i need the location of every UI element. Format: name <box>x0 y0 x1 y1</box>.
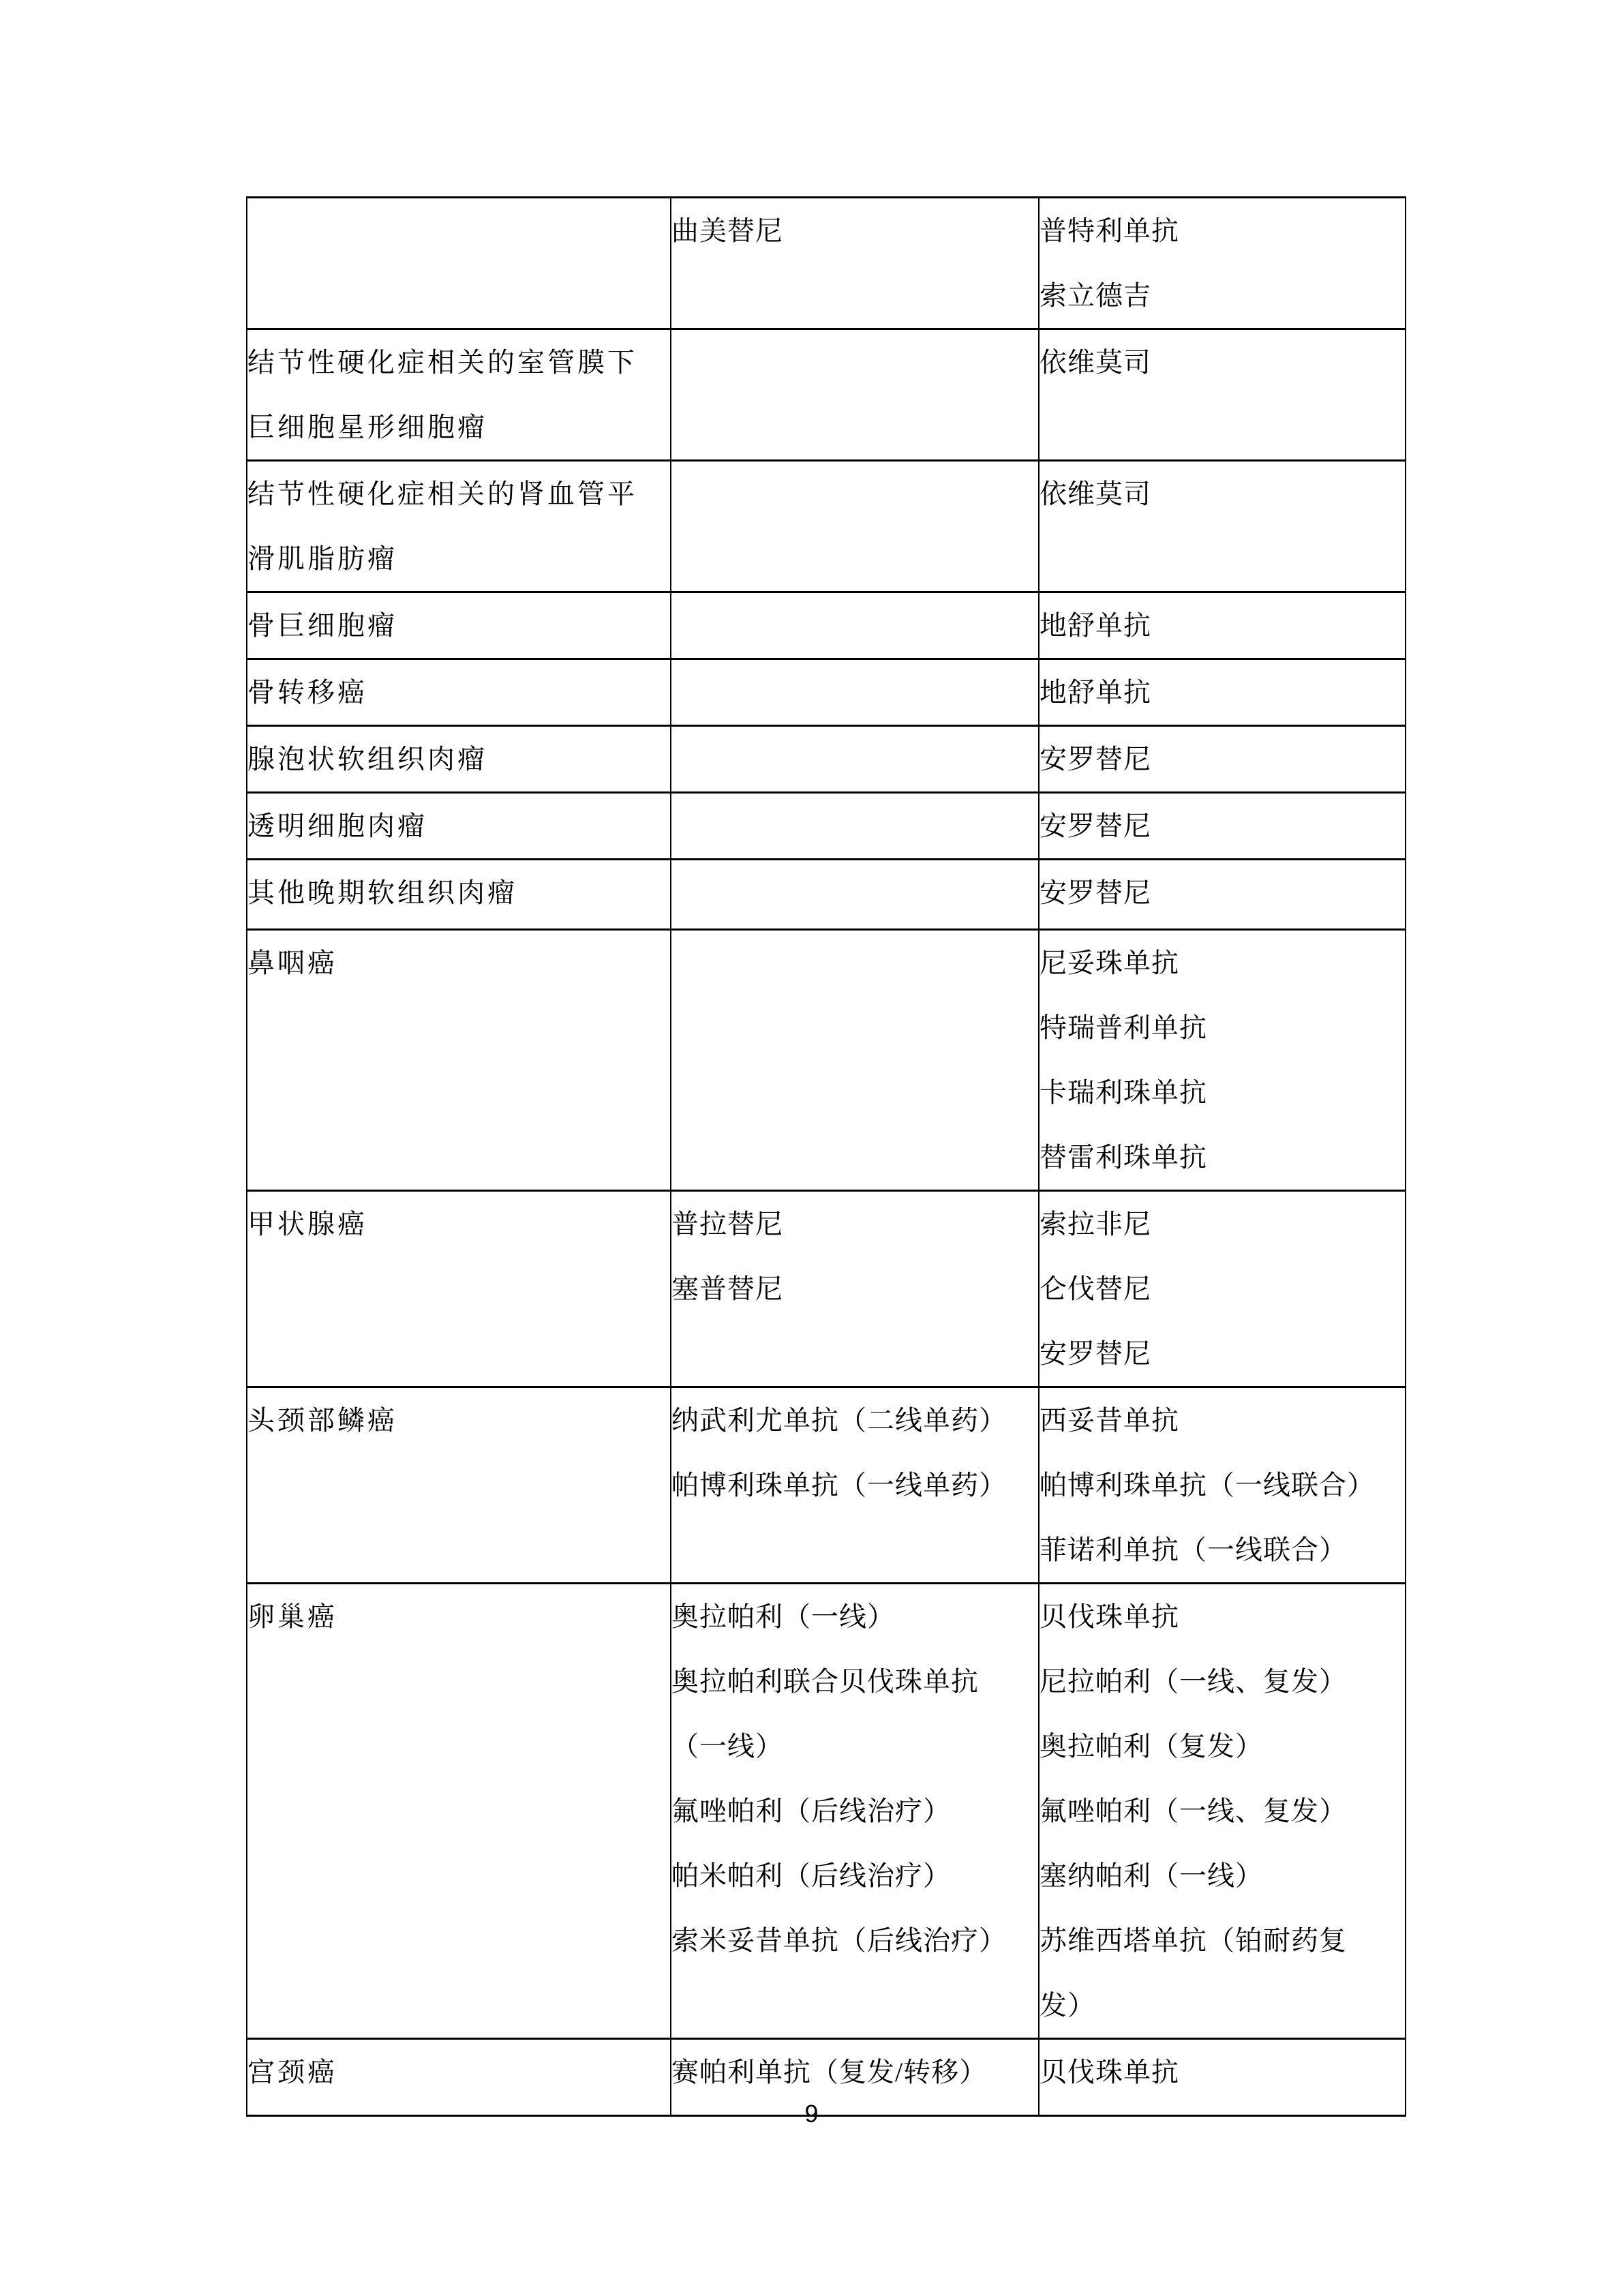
page-number: 9 <box>0 2100 1623 2128</box>
cell-text-line: 帕博利珠单抗（一线联合） <box>1040 1453 1405 1517</box>
drug-column-a-cell: 普拉替尼塞普替尼 <box>671 1191 1039 1387</box>
drug-column-b-cell: 依维莫司 <box>1039 461 1406 592</box>
table-row: 结节性硬化症相关的室管膜下巨细胞星形细胞瘤依维莫司 <box>247 329 1406 461</box>
table-row: 甲状腺癌普拉替尼塞普替尼索拉非尼仑伐替尼安罗替尼 <box>247 1191 1406 1387</box>
drug-column-b-cell: 安罗替尼 <box>1039 726 1406 793</box>
cell-text-line: 苏维西塔单抗（铂耐药复 <box>1040 1908 1405 1973</box>
cancer-type-cell: 结节性硬化症相关的肾血管平滑肌脂肪瘤 <box>247 461 671 592</box>
cell-text-line: 奥拉帕利（复发） <box>1040 1714 1405 1779</box>
drug-column-a-cell <box>671 659 1039 726</box>
cell-text-line: 依维莫司 <box>1040 462 1405 526</box>
document-page: 曲美替尼普特利单抗索立德吉结节性硬化症相关的室管膜下巨细胞星形细胞瘤依维莫司结节… <box>0 0 1623 2296</box>
drug-column-b-cell: 贝伐珠单抗尼拉帕利（一线、复发）奥拉帕利（复发）氟唑帕利（一线、复发）塞纳帕利（… <box>1039 1584 1406 2039</box>
cell-text-line: 安罗替尼 <box>1040 860 1405 925</box>
drug-column-b-cell: 西妥昔单抗帕博利珠单抗（一线联合）菲诺利单抗（一线联合） <box>1039 1387 1406 1584</box>
cancer-type-cell: 鼻咽癌 <box>247 930 671 1191</box>
table-row: 骨转移癌地舒单抗 <box>247 659 1406 726</box>
cancer-type-cell: 头颈部鳞癌 <box>247 1387 671 1584</box>
drug-column-a-cell: 奥拉帕利（一线）奥拉帕利联合贝伐珠单抗（一线）氟唑帕利（后线治疗）帕米帕利（后线… <box>671 1584 1039 2039</box>
drug-column-a-cell <box>671 329 1039 461</box>
table-row: 骨巨细胞瘤地舒单抗 <box>247 592 1406 659</box>
cell-text-line: 地舒单抗 <box>1040 660 1405 725</box>
drug-column-a-cell <box>671 793 1039 860</box>
cell-text-line: 结节性硬化症相关的室管膜下 <box>247 330 670 395</box>
cell-text-line: 安罗替尼 <box>1040 727 1405 791</box>
cell-text-line: 索米妥昔单抗（后线治疗） <box>671 1908 1038 1973</box>
cell-text-line: 发） <box>1040 1973 1405 2038</box>
cell-text-line: 地舒单抗 <box>1040 593 1405 658</box>
table-row: 曲美替尼普特利单抗索立德吉 <box>247 198 1406 329</box>
drug-column-b-cell: 地舒单抗 <box>1039 592 1406 659</box>
cell-text-line: 菲诺利单抗（一线联合） <box>1040 1517 1405 1582</box>
cell-text-line: 贝伐珠单抗 <box>1040 1584 1405 1649</box>
cell-text-line: 特瑞普利单抗 <box>1040 995 1405 1060</box>
drug-column-a-cell: 曲美替尼 <box>671 198 1039 329</box>
cell-text-line: 透明细胞肉瘤 <box>247 794 670 858</box>
table-row: 结节性硬化症相关的肾血管平滑肌脂肪瘤依维莫司 <box>247 461 1406 592</box>
cancer-type-cell <box>247 198 671 329</box>
drug-column-b-cell: 普特利单抗索立德吉 <box>1039 198 1406 329</box>
cell-text-line: 骨转移癌 <box>247 660 670 725</box>
cell-text-line: 甲状腺癌 <box>247 1192 670 1256</box>
drug-column-b-cell: 地舒单抗 <box>1039 659 1406 726</box>
drug-column-b-cell: 安罗替尼 <box>1039 860 1406 930</box>
cell-text-line: 氟唑帕利（一线、复发） <box>1040 1779 1405 1843</box>
table-row: 鼻咽癌尼妥珠单抗特瑞普利单抗卡瑞利珠单抗替雷利珠单抗 <box>247 930 1406 1191</box>
cell-text-line: 安罗替尼 <box>1040 794 1405 858</box>
drug-column-a-cell <box>671 930 1039 1191</box>
cell-text-line: 其他晚期软组织肉瘤 <box>247 860 670 925</box>
drug-column-a-cell <box>671 592 1039 659</box>
drug-column-a-cell <box>671 860 1039 930</box>
cell-text-line: 卵巢癌 <box>247 1584 670 1649</box>
cell-text-line: 骨巨细胞瘤 <box>247 593 670 658</box>
cancer-type-cell: 结节性硬化症相关的室管膜下巨细胞星形细胞瘤 <box>247 329 671 461</box>
cell-text-line: 赛帕利单抗（复发/转移） <box>671 2040 1038 2104</box>
cell-text-line: 普拉替尼 <box>671 1192 1038 1256</box>
cell-text-line: 奥拉帕利联合贝伐珠单抗 <box>671 1649 1038 1714</box>
cell-text-line: 替雷利珠单抗 <box>1040 1125 1405 1190</box>
cell-text-line: 普特利单抗 <box>1040 198 1405 263</box>
cancer-type-cell: 卵巢癌 <box>247 1584 671 2039</box>
cancer-drug-table: 曲美替尼普特利单抗索立德吉结节性硬化症相关的室管膜下巨细胞星形细胞瘤依维莫司结节… <box>246 196 1406 2117</box>
cell-text-line: 仑伐替尼 <box>1040 1256 1405 1321</box>
drug-column-a-cell <box>671 461 1039 592</box>
cell-text-line: 塞普替尼 <box>671 1256 1038 1321</box>
cell-text-line: 尼拉帕利（一线、复发） <box>1040 1649 1405 1714</box>
cell-text-line: 纳武利尤单抗（二线单药） <box>671 1388 1038 1453</box>
cell-text-line: 巨细胞星形细胞瘤 <box>247 395 670 459</box>
cell-text-line: 奥拉帕利（一线） <box>671 1584 1038 1649</box>
cell-text-line: 索拉非尼 <box>1040 1192 1405 1256</box>
cancer-type-cell: 骨转移癌 <box>247 659 671 726</box>
cell-text-line: 卡瑞利珠单抗 <box>1040 1060 1405 1125</box>
drug-column-b-cell: 依维莫司 <box>1039 329 1406 461</box>
cell-text-line: 塞纳帕利（一线） <box>1040 1843 1405 1908</box>
cell-text-line: 头颈部鳞癌 <box>247 1388 670 1453</box>
cell-text-line: 索立德吉 <box>1040 263 1405 328</box>
table-row: 卵巢癌奥拉帕利（一线）奥拉帕利联合贝伐珠单抗（一线）氟唑帕利（后线治疗）帕米帕利… <box>247 1584 1406 2039</box>
cancer-drug-table-body: 曲美替尼普特利单抗索立德吉结节性硬化症相关的室管膜下巨细胞星形细胞瘤依维莫司结节… <box>247 198 1406 2116</box>
cell-text-line: 安罗替尼 <box>1040 1321 1405 1386</box>
cell-text-line: 宫颈癌 <box>247 2040 670 2104</box>
cancer-type-cell: 腺泡状软组织肉瘤 <box>247 726 671 793</box>
drug-column-b-cell: 索拉非尼仑伐替尼安罗替尼 <box>1039 1191 1406 1387</box>
table-row: 头颈部鳞癌纳武利尤单抗（二线单药）帕博利珠单抗（一线单药）西妥昔单抗帕博利珠单抗… <box>247 1387 1406 1584</box>
cancer-type-cell: 甲状腺癌 <box>247 1191 671 1387</box>
cell-text-line: 尼妥珠单抗 <box>1040 931 1405 995</box>
table-row: 透明细胞肉瘤安罗替尼 <box>247 793 1406 860</box>
cancer-type-cell: 透明细胞肉瘤 <box>247 793 671 860</box>
table-row: 其他晚期软组织肉瘤安罗替尼 <box>247 860 1406 930</box>
cell-text-line: 帕米帕利（后线治疗） <box>671 1843 1038 1908</box>
cell-text-line: 贝伐珠单抗 <box>1040 2040 1405 2104</box>
cell-text-line: （一线） <box>671 1714 1038 1779</box>
cancer-type-cell: 骨巨细胞瘤 <box>247 592 671 659</box>
cell-text-line: 结节性硬化症相关的肾血管平 <box>247 462 670 526</box>
drug-column-a-cell <box>671 726 1039 793</box>
table-row: 腺泡状软组织肉瘤安罗替尼 <box>247 726 1406 793</box>
cell-text-line: 依维莫司 <box>1040 330 1405 395</box>
cancer-type-cell: 其他晚期软组织肉瘤 <box>247 860 671 930</box>
drug-column-a-cell: 纳武利尤单抗（二线单药）帕博利珠单抗（一线单药） <box>671 1387 1039 1584</box>
drug-column-b-cell: 尼妥珠单抗特瑞普利单抗卡瑞利珠单抗替雷利珠单抗 <box>1039 930 1406 1191</box>
cell-text-line: 帕博利珠单抗（一线单药） <box>671 1453 1038 1517</box>
cell-text-line: 腺泡状软组织肉瘤 <box>247 727 670 791</box>
cell-text-line: 西妥昔单抗 <box>1040 1388 1405 1453</box>
drug-column-b-cell: 安罗替尼 <box>1039 793 1406 860</box>
cell-text-line: 氟唑帕利（后线治疗） <box>671 1779 1038 1843</box>
cell-text-line: 滑肌脂肪瘤 <box>247 526 670 591</box>
cell-text-line: 鼻咽癌 <box>247 931 670 995</box>
cell-text-line: 曲美替尼 <box>671 198 1038 263</box>
